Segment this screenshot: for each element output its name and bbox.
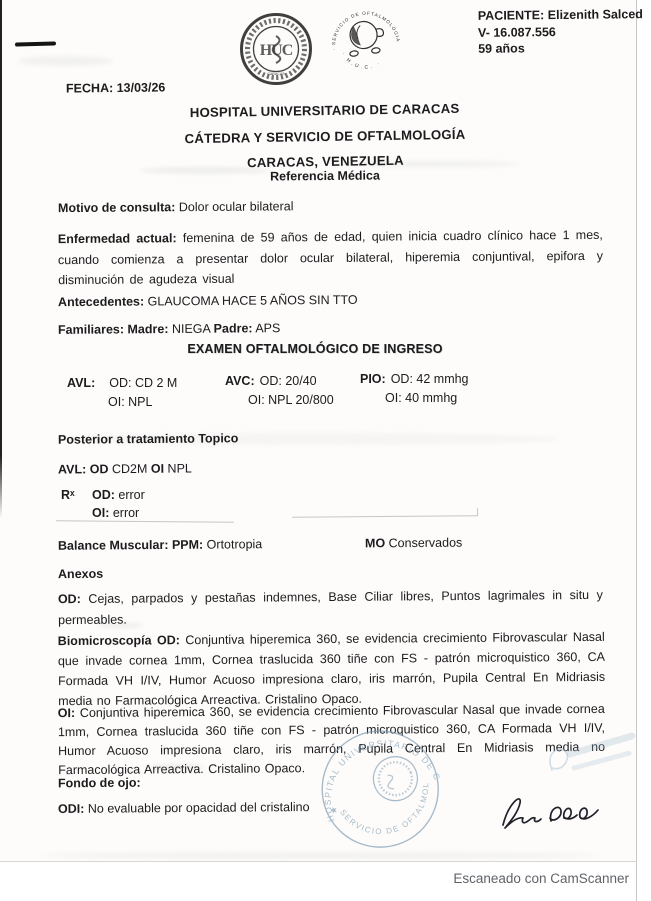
scan-smudge [18, 56, 113, 66]
exam-avl-label: AVL: [67, 376, 95, 390]
svg-text:HOSPITAL UNIVERSITARIO DE CARA: HOSPITAL UNIVERSITARIO DE CARACAS [298, 708, 443, 834]
scan-underline-artifact [292, 499, 478, 518]
biomicroscopia-od-paragraph: Biomicroscopía OD: Conjuntiva hiperemica… [58, 627, 606, 711]
enfermedad-actual-paragraph: Enfermedad actual: femenina de 59 años d… [58, 225, 603, 291]
patient-name: PACIENTE: Elizenith Salced [478, 6, 643, 24]
signature [496, 790, 608, 841]
fondo-de-ojo-heading: Fondo de ojo: [58, 776, 141, 791]
exam-avl-oi: OI: NPL [108, 393, 177, 412]
patient-age: 59 años [478, 39, 643, 57]
camscanner-watermark: Escaneado con CamScanner [453, 871, 629, 886]
odi-line: ODI: No evaluable por opacidad del crist… [58, 800, 310, 816]
document-title-block: HOSPITAL UNIVERSITARIO DE CARACAS CÁTEDR… [84, 94, 565, 178]
stamp-arc-top-text: HOSPITAL UNIVERSITARIO DE CARACAS [298, 708, 443, 834]
anexos-heading: Anexos [58, 567, 103, 581]
exam-avc-od: OD: 20/40 [260, 374, 317, 388]
huc-seal-bottom-text: CARACAS [267, 72, 285, 76]
eye-seal-bottom-text: · H.U.C. · [340, 46, 384, 74]
exam-pio-od: OD: 42 mmhg [391, 372, 469, 386]
scan-underline-artifact [56, 504, 234, 523]
anexos-od-paragraph: OD: Cejas, parpados y pestañas indemnes,… [58, 585, 603, 631]
eye-seal-ring-text: · SERVICIO DE OFTALMOLOGIA · [322, 0, 401, 53]
huc-seal-icon: HUC CARACAS [236, 9, 316, 92]
svg-text:· SERVICIO DE OFTALMOLOGIA ·: · SERVICIO DE OFTALMOLOGIA · [322, 0, 401, 53]
exam-pio-label: PIO: [360, 372, 386, 386]
balance-muscular-line: Balance Muscular: PPM: Ortotropia [58, 537, 262, 553]
exam-section-title: EXAMEN OFTALMOLÓGICO DE INGRESO [60, 342, 570, 356]
patient-info-block: PACIENTE: Elizenith Salced V- 16.087.556… [478, 6, 644, 57]
exam-pio-column: PIO:OD: 42 mmhg OI: 40 mmhg [360, 370, 469, 407]
rx-label: Rˣ [61, 488, 75, 502]
exam-avl-column: AVL:OD: CD 2 M OI: NPL [67, 374, 177, 411]
exam-avc-oi: OI: NPL 20/800 [248, 391, 334, 410]
svg-text:· H.U.C. ·: · H.U.C. · [340, 46, 384, 74]
exam-avl-od: OD: CD 2 M [109, 376, 177, 390]
exam-pio-oi: OI: 40 mmhg [385, 389, 469, 408]
patient-id: V- 16.087.556 [478, 23, 643, 41]
huc-monogram: HUC [260, 42, 293, 59]
faint-stamp-impression [540, 722, 640, 797]
post-treatment-heading: Posterior a tratamiento Topico [58, 431, 238, 446]
rx-od-line: OD: error [92, 488, 145, 502]
hospital-round-stamp: HOSPITAL UNIVERSITARIO DE CARACAS SERVIC… [298, 708, 483, 871]
date-field: FECHA: 13/03/26 [66, 80, 166, 95]
familiares-line: Familiares: Madre: NIEGA Padre: APS [58, 321, 280, 337]
antecedentes-line: Antecedentes: GLAUCOMA HACE 5 AÑOS SIN T… [58, 293, 358, 309]
post-treatment-avl-line: AVL: OD CD2M OI NPL [58, 461, 192, 476]
scanned-medical-referral-document: PACIENTE: Elizenith Salced V- 16.087.556… [0, 0, 651, 901]
scan-left-edge-artifact [0, 0, 2, 518]
ophthalmology-seal-icon: · SERVICIO DE OFTALMOLOGIA · · H.U.C. · [322, 0, 406, 79]
exam-avc-column: AVC:OD: 20/40 OI: NPL 20/800 [225, 372, 334, 409]
exam-avc-label: AVC: [225, 374, 255, 388]
mo-conservados-line: MO Conservados [365, 536, 462, 551]
